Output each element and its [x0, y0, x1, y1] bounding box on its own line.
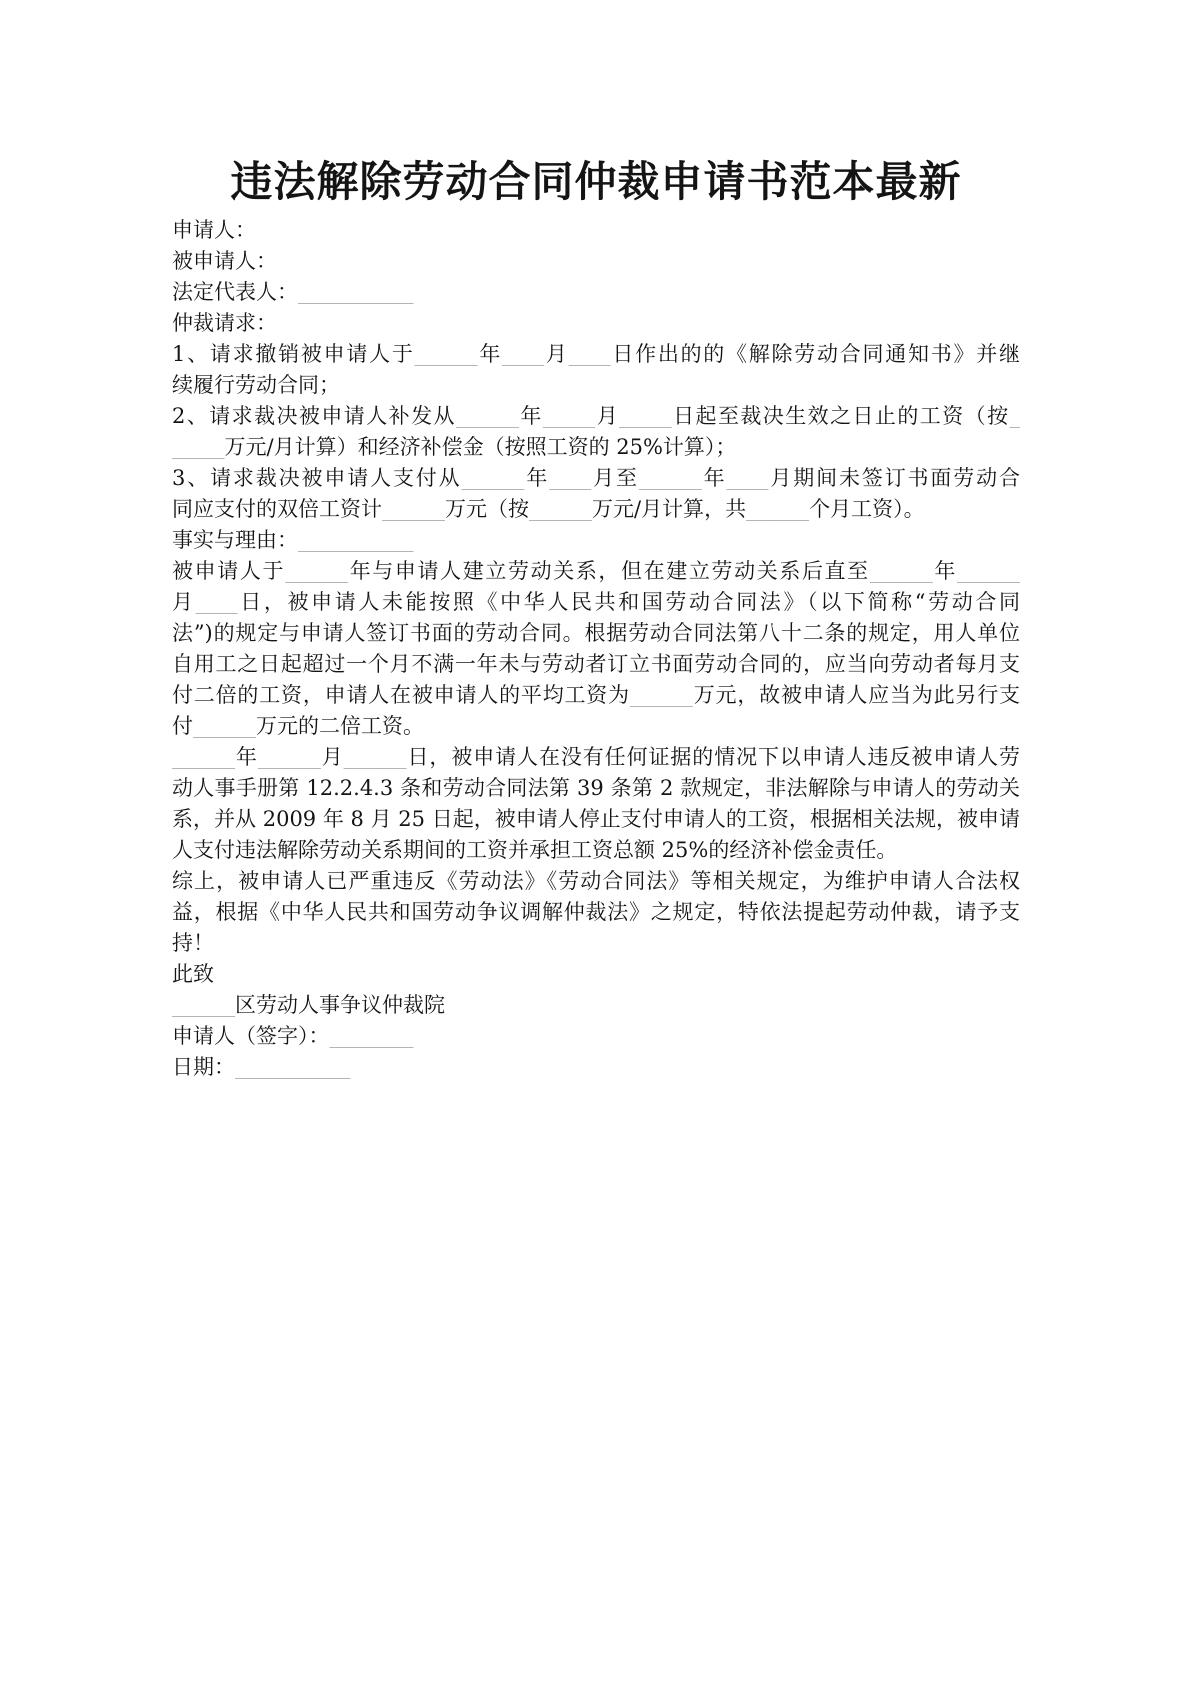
blank-underline: _____: [543, 404, 596, 428]
blank-underline: ______: [382, 497, 445, 521]
blank-underline: ________: [330, 1024, 414, 1048]
document-line: 月____日，被申请人未能按照《中华人民共和国劳动合同法》（以下简称“劳动合同: [172, 587, 1020, 618]
document-line: 事实与理由：___________: [172, 525, 1020, 556]
blank-underline: ______: [415, 342, 478, 366]
blank-underline: ______: [462, 466, 525, 490]
document-line: 益，根据《中华人民共和国劳动争议调解仲裁法》之规定，特依法提起劳动仲裁，请予支: [172, 897, 1020, 928]
blank-underline: ____: [196, 590, 238, 614]
document-line: 被申请人：: [172, 246, 1020, 277]
blank-underline: _____: [172, 435, 225, 459]
document-line: 申请人：: [172, 215, 1020, 246]
blank-underline: ______: [957, 559, 1020, 583]
blank-underline: _: [1010, 404, 1020, 428]
document-line: 续履行劳动合同；: [172, 370, 1020, 401]
document-line: _____万元/月计算）和经济补偿金（按照工资的 25%计算）；: [172, 432, 1020, 463]
document-line: 1、请求撤销被申请人于______年____月____日作出的的《解除劳动合同通…: [172, 339, 1020, 370]
blank-underline: ___________: [298, 528, 414, 552]
document-body: 申请人：被申请人：法定代表人：___________仲裁请求：1、请求撤销被申请…: [172, 215, 1020, 1083]
blank-underline: ______: [630, 683, 693, 707]
document-line: 付______万元的二倍工资。: [172, 711, 1020, 742]
document-line: 付二倍的工资，申请人在被申请人的平均工资为______万元，故被申请人应当为此另…: [172, 680, 1020, 711]
blank-underline: _____: [619, 404, 672, 428]
blank-underline: ______: [258, 745, 321, 769]
blank-underline: ____: [727, 466, 769, 490]
blank-underline: ______: [639, 466, 702, 490]
document-line: ______区劳动人事争议仲裁院: [172, 990, 1020, 1021]
document-line: 持！: [172, 928, 1020, 959]
document-line: 自用工之日起超过一个月不满一年未与劳动者订立书面劳动合同的，应当向劳动者每月支: [172, 649, 1020, 680]
blank-underline: ______: [529, 497, 592, 521]
document-line: 日期：___________: [172, 1052, 1020, 1083]
document-title: 违法解除劳动合同仲裁申请书范本最新: [172, 158, 1020, 206]
blank-underline: ______: [344, 745, 407, 769]
document-page: 违法解除劳动合同仲裁申请书范本最新 申请人：被申请人：法定代表人：_______…: [0, 0, 1190, 1683]
blank-underline: ______: [456, 404, 519, 428]
document-line: 被申请人于______年与申请人建立劳动关系，但在建立劳动关系后直至______…: [172, 556, 1020, 587]
document-line: 申请人（签字）：________: [172, 1021, 1020, 1052]
document-line: 动人事手册第 12.2.4.3 条和劳动合同法第 39 条第 2 款规定，非法解…: [172, 773, 1020, 804]
document-line: 人支付违法解除劳动关系期间的工资并承担工资总额 25%的经济补偿金责任。: [172, 835, 1020, 866]
blank-underline: ______: [172, 993, 235, 1017]
document-line: 2、请求裁决被申请人补发从______年_____月_____日起至裁决生效之日…: [172, 401, 1020, 432]
document-line: 法定代表人：___________: [172, 277, 1020, 308]
document-line: 仲裁请求：: [172, 308, 1020, 339]
blank-underline: ___________: [235, 1055, 351, 1079]
document-line: 系，并从 2009 年 8 月 25 日起，被申请人停止支付申请人的工资，根据相…: [172, 804, 1020, 835]
document-line: 3、请求裁决被申请人支付从______年____月至______年____月期间…: [172, 463, 1020, 494]
blank-underline: ___________: [298, 280, 414, 304]
blank-underline: ______: [172, 745, 235, 769]
document-line: 同应支付的双倍工资计______万元（按______万元/月计算，共______…: [172, 494, 1020, 525]
blank-underline: ______: [285, 559, 348, 583]
document-line: ______年______月______日，被申请人在没有任何证据的情况下以申请…: [172, 742, 1020, 773]
blank-underline: ______: [746, 497, 809, 521]
blank-underline: ______: [870, 559, 933, 583]
blank-underline: ______: [193, 714, 256, 738]
document-line: 法”)的规定与申请人签订书面的劳动合同。根据劳动合同法第八十二条的规定，用人单位: [172, 618, 1020, 649]
blank-underline: ____: [549, 466, 591, 490]
document-line: 此致: [172, 959, 1020, 990]
blank-underline: ____: [569, 342, 611, 366]
document-line: 综上，被申请人已严重违反《劳动法》《劳动合同法》等相关规定，为维护申请人合法权: [172, 866, 1020, 897]
blank-underline: ____: [502, 342, 544, 366]
